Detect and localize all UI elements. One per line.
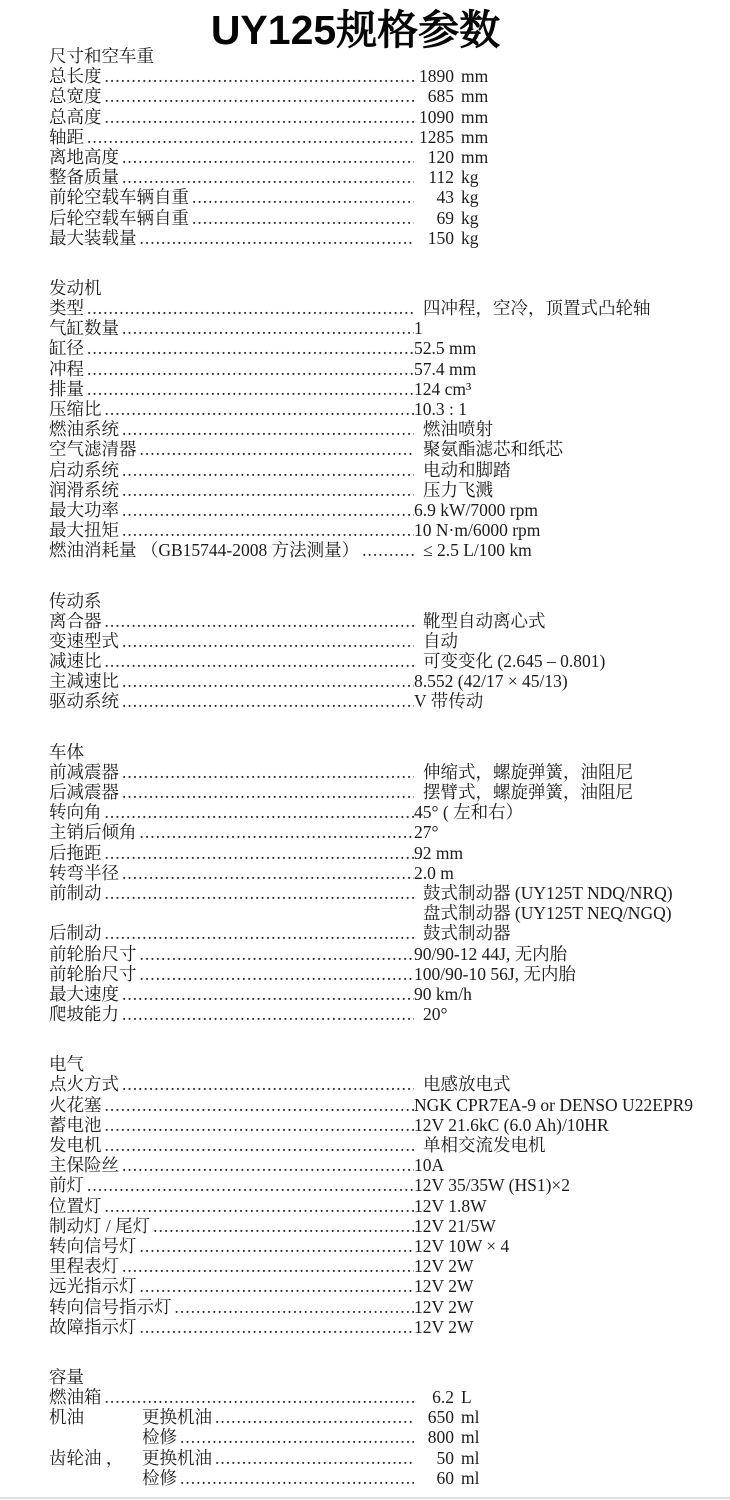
spec-value-cell: 单相交流发电机 xyxy=(414,1135,692,1155)
spec-value: 45° ( 左和右） xyxy=(414,802,523,822)
spec-value-cell: 12V 21/5W xyxy=(414,1216,692,1236)
spec-value-cell: 12V 35/35W (HS1)×2 xyxy=(414,1175,692,1195)
spec-value-cell: 1285mm xyxy=(414,127,692,147)
spec-label: 转向角 xyxy=(49,802,102,822)
spec-value: 12V 2W xyxy=(414,1317,473,1337)
spec-value-cell: ≤ 2.5 L/100 km xyxy=(414,540,692,560)
spec-label: 齿轮油 ， xyxy=(49,1448,142,1468)
spec-value: 靴型自动离心式 xyxy=(423,611,546,631)
spec-value: 燃油喷射 xyxy=(423,419,493,439)
dot-leader xyxy=(122,1256,414,1276)
spec-label: 前轮空载车辆自重 xyxy=(49,187,189,207)
spec-row-lead: 后减震器 xyxy=(49,782,414,802)
spec-label: 前制动 xyxy=(49,883,102,903)
spec-value: 鼓式制动器 (UY125T NDQ/NRQ) xyxy=(423,883,673,903)
section-dimensions-weight: 尺寸和空车重总长度1890mm总宽度685mm总高度1090mm轴距1285mm… xyxy=(49,46,692,248)
spec-row-lead: 火花塞 xyxy=(49,1095,414,1115)
spec-row: 主保险丝10A xyxy=(49,1155,692,1175)
spec-row-lead: 前轮空载车辆自重 xyxy=(49,187,414,207)
spec-value: 10 N·m/6000 rpm xyxy=(414,520,540,540)
spec-value-cell: 电感放电式 xyxy=(414,1074,692,1094)
spec-row: 总高度1090mm xyxy=(49,107,692,127)
spec-value-unit: ml xyxy=(461,1468,479,1488)
spec-row: 检修800ml xyxy=(49,1427,692,1447)
dot-leader xyxy=(105,651,415,671)
spec-value: 电动和脚踏 xyxy=(423,460,511,480)
spec-value-cell: 12V 21.6kC (6.0 Ah)/10HR xyxy=(414,1115,692,1135)
spec-row-lead: 整备质量 xyxy=(49,167,414,187)
spec-label: 位置灯 xyxy=(49,1196,102,1216)
dot-leader xyxy=(87,338,414,358)
spec-label: 润滑系统 xyxy=(49,480,119,500)
scan-edge-line xyxy=(0,1497,730,1499)
spec-row: 里程表灯12V 2W xyxy=(49,1256,692,1276)
spec-value-cell: 1090mm xyxy=(414,107,692,127)
spec-value-cell: NGK CPR7EA-9 or DENSO U22EPR9 xyxy=(414,1095,692,1115)
spec-label: 最大装载量 xyxy=(49,228,137,248)
spec-row: 主销后倾角27° xyxy=(49,822,692,842)
section-electrical: 电气点火方式电感放电式火花塞NGK CPR7EA-9 or DENSO U22E… xyxy=(49,1054,692,1337)
dot-leader xyxy=(122,520,414,540)
spec-label: 最大扭矩 xyxy=(49,520,119,540)
spec-label: 类型 xyxy=(49,298,84,318)
spec-value: 盘式制动器 (UY125T NEQ/NGQ) xyxy=(423,903,672,923)
spec-label: 转向信号指示灯 xyxy=(49,1297,172,1317)
spec-row: 离合器靴型自动离心式 xyxy=(49,611,692,631)
spec-label: 离合器 xyxy=(49,611,102,631)
spec-row-lead: 总高度 xyxy=(49,107,414,127)
spec-row-lead: 空气滤清器 xyxy=(49,439,414,459)
spec-value-cell: 92 mm xyxy=(414,843,692,863)
spec-row: 转向角45° ( 左和右） xyxy=(49,802,692,822)
spec-value: 10A xyxy=(414,1155,444,1175)
spec-label: 启动系统 xyxy=(49,460,119,480)
spec-row-lead: 后制动 xyxy=(49,923,414,943)
spec-value-number: 50 xyxy=(414,1448,454,1468)
spec-value-cell: 压力飞溅 xyxy=(414,480,692,500)
spec-row: 空气滤清器聚氨酯滤芯和纸芯 xyxy=(49,439,692,459)
spec-value: 1 xyxy=(414,318,423,338)
spec-value: 57.4 mm xyxy=(414,359,476,379)
spec-label: 后减震器 xyxy=(49,782,119,802)
spec-row: 位置灯12V 1.8W xyxy=(49,1196,692,1216)
spec-value: 12V 2W xyxy=(414,1276,473,1296)
spec-row-lead: 主销后倾角 xyxy=(49,822,414,842)
spec-row-lead: 里程表灯 xyxy=(49,1256,414,1276)
spec-value-cell: 45° ( 左和右） xyxy=(414,802,692,822)
spec-row: 前减震器伸缩式，螺旋弹簧，油阻尼 xyxy=(49,762,692,782)
spec-label: 前轮胎尺寸 xyxy=(49,944,137,964)
dot-leader xyxy=(105,399,415,419)
spec-value-cell: 鼓式制动器 xyxy=(414,923,692,943)
spec-value-cell: V 带传动 xyxy=(414,691,692,711)
spec-row: 转弯半径2.0 m xyxy=(49,863,692,883)
spec-label: 远光指示灯 xyxy=(49,1276,137,1296)
spec-value: 10.3 : 1 xyxy=(414,399,467,419)
spec-row: 转向信号灯12V 10W × 4 xyxy=(49,1236,692,1256)
spec-row-lead: 减速比 xyxy=(49,651,414,671)
spec-value: 12V 21.6kC (6.0 Ah)/10HR xyxy=(414,1115,609,1135)
dot-leader xyxy=(180,1468,414,1488)
spec-value-unit: ml xyxy=(461,1448,479,1468)
spec-label: 冲程 xyxy=(49,359,84,379)
spec-value-cell: 800ml xyxy=(414,1427,692,1447)
spec-label: 后拖距 xyxy=(49,843,102,863)
dot-leader xyxy=(87,379,414,399)
spec-row-lead: 排量 xyxy=(49,379,414,399)
dot-leader xyxy=(122,691,414,711)
spec-row: 最大功率6.9 kW/7000 rpm xyxy=(49,500,692,520)
section-header: 容量 xyxy=(49,1367,692,1387)
spec-value-cell: 60ml xyxy=(414,1468,692,1488)
spec-sheet-page: UY125规格参数 尺寸和空车重总长度1890mm总宽度685mm总高度1090… xyxy=(0,0,730,1500)
spec-value-number: 69 xyxy=(414,208,454,228)
spec-value: 8.552 (42/17 × 45/13) xyxy=(414,671,568,691)
spec-label: 燃油系统 xyxy=(49,419,119,439)
spec-row-lead: 发电机 xyxy=(49,1135,414,1155)
spec-label: 转弯半径 xyxy=(49,863,119,883)
dot-leader xyxy=(122,762,414,782)
spec-value-cell: 43kg xyxy=(414,187,692,207)
spec-row: 压缩比10.3 : 1 xyxy=(49,399,692,419)
dot-leader xyxy=(122,671,414,691)
dot-leader xyxy=(122,782,414,802)
spec-value-unit: mm xyxy=(461,147,488,167)
spec-value-cell: 50ml xyxy=(414,1448,692,1468)
spec-value-cell: 电动和脚踏 xyxy=(414,460,692,480)
spec-row-lead: 燃油箱 xyxy=(49,1387,414,1407)
dot-leader xyxy=(105,843,415,863)
spec-row-lead: 检修 xyxy=(49,1468,414,1488)
spec-row-lead: 燃油系统 xyxy=(49,419,414,439)
spec-value-number: 1285 xyxy=(414,127,454,147)
spec-row: 总宽度685mm xyxy=(49,86,692,106)
spec-value-cell: 自动 xyxy=(414,631,692,651)
spec-label: 里程表灯 xyxy=(49,1256,119,1276)
dot-leader xyxy=(140,1276,415,1296)
spec-value-number: 800 xyxy=(414,1427,454,1447)
spec-value-cell: 8.552 (42/17 × 45/13) xyxy=(414,671,692,691)
spec-row: 润滑系统压力飞溅 xyxy=(49,480,692,500)
spec-value: 124 cm³ xyxy=(414,379,471,399)
spec-label: 后轮空载车辆自重 xyxy=(49,208,189,228)
spec-label: 排量 xyxy=(49,379,84,399)
spec-value-unit: mm xyxy=(461,66,488,86)
spec-row-lead: 制动灯 / 尾灯 xyxy=(49,1216,414,1236)
spec-row: 前灯12V 35/35W (HS1)×2 xyxy=(49,1175,692,1195)
spec-label: 变速型式 xyxy=(49,631,119,651)
spec-row-lead: 变速型式 xyxy=(49,631,414,651)
spec-value: NGK CPR7EA-9 or DENSO U22EPR9 xyxy=(414,1095,693,1115)
spec-value: 52.5 mm xyxy=(414,338,476,358)
spec-value-cell: 四冲程，空冷，顶置式凸轮轴 xyxy=(414,298,692,318)
spec-label: 最大功率 xyxy=(49,500,119,520)
spec-row: 火花塞NGK CPR7EA-9 or DENSO U22EPR9 xyxy=(49,1095,692,1115)
dot-leader xyxy=(122,318,414,338)
spec-value-number: 43 xyxy=(414,187,454,207)
dot-leader xyxy=(175,1297,415,1317)
spec-row-lead: 轴距 xyxy=(49,127,414,147)
spec-row: 最大扭矩10 N·m/6000 rpm xyxy=(49,520,692,540)
spec-value: 压力飞溅 xyxy=(423,480,493,500)
spec-label: 转向信号灯 xyxy=(49,1236,137,1256)
section-header: 发动机 xyxy=(49,278,692,298)
dot-leader xyxy=(140,1317,415,1337)
spec-label: 整备质量 xyxy=(49,167,119,187)
dot-leader xyxy=(122,631,414,651)
spec-row-lead: 最大装载量 xyxy=(49,228,414,248)
spec-row: 盘式制动器 (UY125T NEQ/NGQ) xyxy=(49,903,692,923)
spec-row: 缸径52.5 mm xyxy=(49,338,692,358)
spec-value-unit: kg xyxy=(461,187,479,207)
spec-value: V 带传动 xyxy=(414,691,483,711)
dot-leader xyxy=(122,984,414,1004)
dot-leader xyxy=(140,964,415,984)
dot-leader xyxy=(87,127,414,147)
dot-leader xyxy=(122,480,414,500)
dot-leader xyxy=(87,298,414,318)
dot-leader xyxy=(140,439,415,459)
spec-row: 排量124 cm³ xyxy=(49,379,692,399)
spec-label: 主保险丝 xyxy=(49,1155,119,1175)
spec-value-cell: 10 N·m/6000 rpm xyxy=(414,520,692,540)
spec-value-cell: 6.2L xyxy=(414,1387,692,1407)
spec-value-cell: 6.9 kW/7000 rpm xyxy=(414,500,692,520)
dot-leader xyxy=(153,1216,414,1236)
spec-label: 前轮胎尺寸 xyxy=(49,964,137,984)
spec-row-lead: 转弯半径 xyxy=(49,863,414,883)
spec-row: 发电机单相交流发电机 xyxy=(49,1135,692,1155)
spec-row-lead: 爬坡能力 xyxy=(49,1004,414,1024)
spec-label: 压缩比 xyxy=(49,399,102,419)
spec-row: 驱动系统V 带传动 xyxy=(49,691,692,711)
spec-row-lead: 前轮胎尺寸 xyxy=(49,944,414,964)
spec-sublabel: 检修 xyxy=(142,1427,177,1447)
spec-value-cell: 燃油喷射 xyxy=(414,419,692,439)
spec-value-cell: 69kg xyxy=(414,208,692,228)
spec-row-lead: 点火方式 xyxy=(49,1074,414,1094)
dot-leader xyxy=(105,802,415,822)
spec-value-cell: 10.3 : 1 xyxy=(414,399,692,419)
spec-sublabel: 更换机油 xyxy=(142,1407,212,1427)
dot-leader xyxy=(105,86,415,106)
spec-value-cell: 盘式制动器 (UY125T NEQ/NGQ) xyxy=(414,903,692,923)
spec-row-lead: 缸径 xyxy=(49,338,414,358)
spec-sections: 尺寸和空车重总长度1890mm总宽度685mm总高度1090mm轴距1285mm… xyxy=(49,46,692,1488)
spec-label: 燃油箱 xyxy=(49,1387,102,1407)
dot-leader xyxy=(87,1175,414,1195)
spec-row-lead: 机油更换机油 xyxy=(49,1407,414,1427)
spec-row: 后轮空载车辆自重69kg xyxy=(49,208,692,228)
spec-value-number: 1890 xyxy=(414,66,454,86)
spec-value-number: 112 xyxy=(414,167,454,187)
spec-label: 火花塞 xyxy=(49,1095,102,1115)
spec-value: 鼓式制动器 xyxy=(423,923,511,943)
spec-row-lead: 冲程 xyxy=(49,359,414,379)
spec-label: 燃油消耗量 （GB15744-2008 方法测量） xyxy=(49,540,359,560)
spec-label: 轴距 xyxy=(49,127,84,147)
spec-value-cell: 90/90-12 44J, 无内胎 xyxy=(414,944,692,964)
section-header: 传动系 xyxy=(49,591,692,611)
spec-label: 总高度 xyxy=(49,107,102,127)
spec-row: 燃油消耗量 （GB15744-2008 方法测量）≤ 2.5 L/100 km xyxy=(49,540,692,560)
spec-value-cell: 12V 2W xyxy=(414,1256,692,1276)
dot-leader xyxy=(122,1155,414,1175)
spec-row-lead: 离地高度 xyxy=(49,147,414,167)
spec-value-cell: 90 km/h xyxy=(414,984,692,1004)
dot-leader xyxy=(105,1135,415,1155)
spec-row: 最大速度90 km/h xyxy=(49,984,692,1004)
spec-label: 总长度 xyxy=(49,66,102,86)
spec-row-lead: 最大功率 xyxy=(49,500,414,520)
spec-row-lead: 转向角 xyxy=(49,802,414,822)
spec-label: 最大速度 xyxy=(49,984,119,1004)
spec-value-unit: mm xyxy=(461,86,488,106)
spec-value: 100/90-10 56J, 无内胎 xyxy=(414,964,576,984)
spec-value: 12V 2W xyxy=(414,1297,473,1317)
spec-value-unit: mm xyxy=(461,107,488,127)
spec-value-cell: 150kg xyxy=(414,228,692,248)
dot-leader xyxy=(122,1004,414,1024)
spec-label: 减速比 xyxy=(49,651,102,671)
spec-value-cell: 100/90-10 56J, 无内胎 xyxy=(414,964,692,984)
spec-row-lead: 转向信号指示灯 xyxy=(49,1297,414,1317)
spec-row: 后制动鼓式制动器 xyxy=(49,923,692,943)
spec-row-lead: 主减速比 xyxy=(49,671,414,691)
dot-leader xyxy=(122,167,414,187)
dot-leader xyxy=(192,187,414,207)
spec-value: 聚氨酯滤芯和纸芯 xyxy=(423,439,563,459)
spec-row: 转向信号指示灯12V 2W xyxy=(49,1297,692,1317)
spec-value: 摆臂式，螺旋弹簧，油阻尼 xyxy=(423,782,633,802)
spec-row: 前轮胎尺寸100/90-10 56J, 无内胎 xyxy=(49,964,692,984)
dot-leader xyxy=(192,208,414,228)
spec-row: 故障指示灯12V 2W xyxy=(49,1317,692,1337)
spec-row: 前制动鼓式制动器 (UY125T NDQ/NRQ) xyxy=(49,883,692,903)
spec-value-cell: 鼓式制动器 (UY125T NDQ/NRQ) xyxy=(414,883,692,903)
dot-leader xyxy=(87,359,414,379)
spec-value: 12V 1.8W xyxy=(414,1196,487,1216)
spec-row: 离地高度120mm xyxy=(49,147,692,167)
spec-row: 后拖距92 mm xyxy=(49,843,692,863)
spec-row: 远光指示灯12V 2W xyxy=(49,1276,692,1296)
dot-leader xyxy=(122,460,414,480)
spec-row-lead: 类型 xyxy=(49,298,414,318)
spec-row-lead: 位置灯 xyxy=(49,1196,414,1216)
spec-value: 电感放电式 xyxy=(423,1074,511,1094)
dot-leader xyxy=(105,1115,415,1135)
dot-leader xyxy=(362,540,414,560)
spec-value-cell: 可变变化 (2.645 – 0.801) xyxy=(414,651,692,671)
spec-row: 齿轮油 ，更换机油50ml xyxy=(49,1448,692,1468)
spec-label: 故障指示灯 xyxy=(49,1317,137,1337)
spec-row-lead: 转向信号灯 xyxy=(49,1236,414,1256)
dot-leader xyxy=(140,822,415,842)
dot-leader xyxy=(105,611,415,631)
spec-row: 类型四冲程，空冷，顶置式凸轮轴 xyxy=(49,298,692,318)
spec-row-lead: 故障指示灯 xyxy=(49,1317,414,1337)
dot-leader xyxy=(122,500,414,520)
spec-row: 减速比可变变化 (2.645 – 0.801) xyxy=(49,651,692,671)
section-transmission: 传动系离合器靴型自动离心式变速型式自动减速比可变变化 (2.645 – 0.80… xyxy=(49,591,692,712)
spec-value-cell: 靴型自动离心式 xyxy=(414,611,692,631)
spec-value-cell: 摆臂式，螺旋弹簧，油阻尼 xyxy=(414,782,692,802)
spec-row-lead: 检修 xyxy=(49,1427,414,1447)
spec-value-number: 120 xyxy=(414,147,454,167)
spec-row: 检修60ml xyxy=(49,1468,692,1488)
dot-leader xyxy=(105,923,415,943)
spec-value-cell: 伸缩式，螺旋弹簧，油阻尼 xyxy=(414,762,692,782)
spec-row-lead: 驱动系统 xyxy=(49,691,414,711)
spec-label: 驱动系统 xyxy=(49,691,119,711)
spec-value-cell: 聚氨酯滤芯和纸芯 xyxy=(414,439,692,459)
spec-value-cell: 12V 2W xyxy=(414,1276,692,1296)
spec-value-unit: mm xyxy=(461,127,488,147)
spec-label: 机油 xyxy=(49,1407,142,1427)
dot-leader xyxy=(122,863,414,883)
spec-row-lead: 启动系统 xyxy=(49,460,414,480)
spec-value-cell: 120mm xyxy=(414,147,692,167)
spec-value-cell: 124 cm³ xyxy=(414,379,692,399)
spec-value-number: 150 xyxy=(414,228,454,248)
spec-label: 后制动 xyxy=(49,923,102,943)
spec-row-lead: 前制动 xyxy=(49,883,414,903)
spec-row: 气缸数量1 xyxy=(49,318,692,338)
spec-value: 20° xyxy=(423,1004,448,1024)
spec-value: 12V 21/5W xyxy=(414,1216,496,1236)
spec-label: 空气滤清器 xyxy=(49,439,137,459)
dot-leader xyxy=(105,1196,415,1216)
spec-label: 缸径 xyxy=(49,338,84,358)
dot-leader xyxy=(122,419,414,439)
spec-row-lead: 蓄电池 xyxy=(49,1115,414,1135)
spec-row-lead: 前减震器 xyxy=(49,762,414,782)
spec-row: 制动灯 / 尾灯12V 21/5W xyxy=(49,1216,692,1236)
dot-leader xyxy=(180,1427,414,1447)
spec-label: 气缸数量 xyxy=(49,318,119,338)
section-chassis: 车体前减震器伸缩式，螺旋弹簧，油阻尼后减震器摆臂式，螺旋弹簧，油阻尼转向角45°… xyxy=(49,742,692,1025)
dot-leader xyxy=(105,1095,415,1115)
spec-row: 总长度1890mm xyxy=(49,66,692,86)
spec-value-cell: 12V 1.8W xyxy=(414,1196,692,1216)
spec-row: 冲程57.4 mm xyxy=(49,359,692,379)
spec-label: 离地高度 xyxy=(49,147,119,167)
spec-value-cell: 12V 10W × 4 xyxy=(414,1236,692,1256)
spec-label: 蓄电池 xyxy=(49,1115,102,1135)
spec-value: 可变变化 (2.645 – 0.801) xyxy=(423,651,605,671)
spec-value-cell: 12V 2W xyxy=(414,1297,692,1317)
spec-row: 最大装载量150kg xyxy=(49,228,692,248)
spec-label: 发电机 xyxy=(49,1135,102,1155)
spec-value-cell: 650ml xyxy=(414,1407,692,1427)
spec-value-number: 60 xyxy=(414,1468,454,1488)
spec-row: 爬坡能力20° xyxy=(49,1004,692,1024)
spec-row: 整备质量112kg xyxy=(49,167,692,187)
spec-label: 制动灯 / 尾灯 xyxy=(49,1216,150,1236)
dot-leader xyxy=(140,228,415,248)
spec-row: 启动系统电动和脚踏 xyxy=(49,460,692,480)
spec-value: 单相交流发电机 xyxy=(423,1135,546,1155)
section-engine: 发动机类型四冲程，空冷，顶置式凸轮轴气缸数量1缸径52.5 mm冲程57.4 m… xyxy=(49,278,692,561)
spec-value-unit: ml xyxy=(461,1407,479,1427)
spec-row-lead: 润滑系统 xyxy=(49,480,414,500)
section-capacity: 容量燃油箱6.2L机油更换机油650ml检修800ml齿轮油 ，更换机油50ml… xyxy=(49,1367,692,1488)
spec-value: 2.0 m xyxy=(414,863,454,883)
spec-value: 90/90-12 44J, 无内胎 xyxy=(414,944,567,964)
spec-value-number: 650 xyxy=(414,1407,454,1427)
spec-value-cell: 27° xyxy=(414,822,692,842)
spec-value-cell: 52.5 mm xyxy=(414,338,692,358)
